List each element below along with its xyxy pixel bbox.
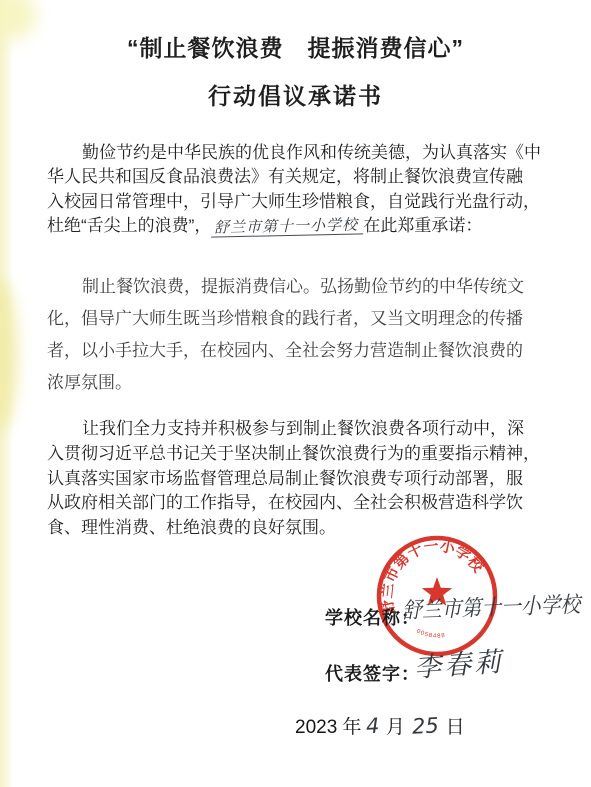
printed-text-before-blank: 杜绝“舌尖上的浪费”，	[47, 216, 211, 235]
date-year-printed: 2023 年	[295, 717, 362, 738]
paragraph-3: 让我们全力支持并积极参与到制止餐饮浪费各项行动中，深 入贯彻习近平总书记关于坚决…	[47, 417, 537, 541]
paragraph-2-line: 制止餐饮浪费，提振消费信心。弘扬勤俭节约的中华传统文	[47, 271, 537, 303]
date-line: 2023 年4月25日	[295, 712, 468, 739]
paragraph-1-line: 入校园日常管理中，引导广大师生珍惜粮食，自觉践行光盘行动，	[47, 190, 537, 214]
paragraph-2-line: 者，以小手拉大手，在校园内、全社会努力营造制止餐饮浪费的	[47, 335, 537, 367]
handwritten-day-number: 25	[411, 713, 439, 738]
document-subtitle: 行动倡议承诺书	[0, 78, 591, 111]
paragraph-3-line: 认真落实国家市场监督管理总局制止餐饮浪费专项行动部署，服	[47, 467, 537, 492]
paragraph-1-line: 华人民共和国反食品浪费法》有关规定，将制止餐饮浪费宣传融	[47, 165, 537, 189]
scan-artifact-mid-left	[0, 280, 18, 430]
representative-signature-label: 代表签字：	[325, 664, 420, 684]
paragraph-2-line: 化，倡导广大师生既当珍惜粮食的践行者，又当文明理念的传播	[47, 303, 537, 335]
paragraph-3-line: 从政府相关部门的工作指导，在校园内、全社会积极营造科学饮	[47, 491, 537, 516]
representative-signature-row: 代表签字：	[325, 660, 420, 686]
handwritten-signature: 李春莉	[413, 640, 506, 685]
handwritten-school-name: 舒兰市第十一小学校	[401, 588, 580, 625]
paragraph-1-line: 杜绝“舌尖上的浪费”，舒兰市第十一小学校在此郑重承诺：	[47, 214, 537, 238]
handwritten-month-number: 4	[365, 714, 380, 739]
document-title: “制止餐饮浪费 提振消费信心”	[0, 30, 591, 63]
svg-text:0058488: 0058488	[415, 629, 446, 640]
handwritten-school-name-inline: 舒兰市第十一小学校	[211, 215, 363, 237]
scanned-pledge-document: “制止餐饮浪费 提振消费信心” 行动倡议承诺书 勤俭节约是中华民族的优良作风和传…	[0, 0, 591, 787]
paragraph-2-line: 浓厚氛围。	[47, 367, 537, 399]
paragraph-3-line: 入贯彻习近平总书记关于坚决制止餐饮浪费行为的重要指示精神，	[47, 442, 537, 467]
paragraph-1: 勤俭节约是中华民族的优良作风和传统美德，为认真落实《中 华人民共和国反食品浪费法…	[47, 141, 537, 238]
seal-serial-number: 0058488	[415, 629, 446, 640]
paragraph-1-line: 勤俭节约是中华民族的优良作风和传统美德，为认真落实《中	[47, 141, 537, 165]
printed-text-after-blank: 在此郑重承诺：	[363, 216, 482, 235]
paragraph-3-line: 让我们全力支持并积极参与到制止餐饮浪费各项行动中，深	[47, 417, 537, 442]
date-month-unit: 月	[386, 717, 405, 738]
paragraph-2: 制止餐饮浪费，提振消费信心。弘扬勤俭节约的中华传统文 化，倡导广大师生既当珍惜粮…	[47, 271, 537, 399]
date-day-unit: 日	[446, 717, 465, 738]
